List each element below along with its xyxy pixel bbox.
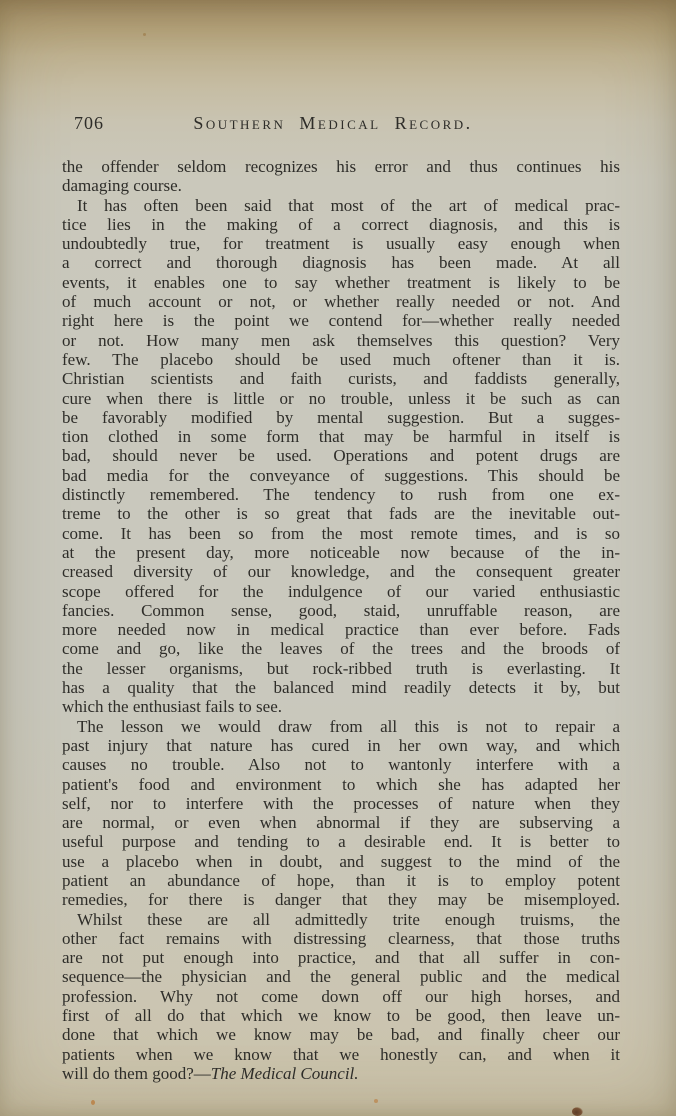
journal-title: Southern Medical Record.: [54, 110, 612, 136]
text-line: are not put enough into practice, and th…: [62, 948, 620, 967]
paragraph: Whilst these are all admittedly trite en…: [62, 910, 620, 1084]
text-line: tion clothed in some form that may be ha…: [62, 427, 620, 446]
text-line: fancies. Common sense, good, staid, unru…: [62, 601, 620, 620]
text-line: distinctly remembered. The tendency to r…: [62, 485, 620, 504]
text-line: bad, should never be used. Operations an…: [62, 446, 620, 465]
text-line: treme to the other is so great that fads…: [62, 504, 620, 523]
paragraph-end-line: which the enthusiast fails to see.: [62, 697, 620, 716]
text-line: sequence—the physician and the general p…: [62, 967, 620, 986]
text-line: Christian scientists and faith curists, …: [62, 369, 620, 388]
text-line: cure when there is little or no trouble,…: [62, 389, 620, 408]
text-line: creased diversity of our knowledge, and …: [62, 562, 620, 581]
text-line: few. The placebo should be used much oft…: [62, 350, 620, 369]
text-line: patient an abundance of hope, than it is…: [62, 871, 620, 890]
text-line: The lesson we would draw from all this i…: [62, 717, 620, 736]
text-line: come and go, like the leaves of the tree…: [62, 639, 620, 658]
paragraph: the offender seldom recognizes his error…: [62, 157, 620, 196]
closing-line: will do them good?—The Medical Council.: [62, 1064, 620, 1083]
scanned-page: 706 Southern Medical Record. the offende…: [0, 0, 676, 1116]
text-line: more needed now in medical practice than…: [62, 620, 620, 639]
text-line: events, it enables one to say whether tr…: [62, 273, 620, 292]
text-line: It has often been said that most of the …: [62, 196, 620, 215]
text-line: come. It has been so from the most remot…: [62, 524, 620, 543]
text-line: undoubtedly true, for treatment is usual…: [62, 234, 620, 253]
text-line: Whilst these are all admittedly trite en…: [62, 910, 620, 929]
text-line: patients when we know that we honestly c…: [62, 1045, 620, 1064]
text-line: at the present day, more noticeable now …: [62, 543, 620, 562]
article-text: the offender seldom recognizes his error…: [62, 157, 620, 1083]
text-line: right here is the point we contend for—w…: [62, 311, 620, 330]
text-line: the offender seldom recognizes his error…: [62, 157, 620, 176]
paper-speck: [143, 33, 146, 36]
text-line: the lesser organisms, but rock-ribbed tr…: [62, 659, 620, 678]
text-line: other fact remains with distressing clea…: [62, 929, 620, 948]
paragraph: It has often been said that most of the …: [62, 196, 620, 717]
paper-speck: [374, 1099, 378, 1103]
text-line: profession. Why not come down off our hi…: [62, 987, 620, 1006]
text-line: done that which we know may be bad, and …: [62, 1025, 620, 1044]
text-line: scope offered for the indulgence of our …: [62, 582, 620, 601]
text-line: are normal, or even when abnormal if the…: [62, 813, 620, 832]
text-line: use a placebo when in doubt, and suggest…: [62, 852, 620, 871]
ink-speck: [572, 1107, 583, 1116]
text-line: remedies, for there is danger that they …: [62, 890, 620, 909]
closing-text: will do them good?—: [62, 1064, 211, 1083]
text-line: patient's food and environment to which …: [62, 775, 620, 794]
text-line: or not. How many men ask themselves this…: [62, 331, 620, 350]
text-line: useful purpose and tending to a desirabl…: [62, 832, 620, 851]
text-line: past injury that nature has cured in her…: [62, 736, 620, 755]
text-line: first of all do that which we know to be…: [62, 1006, 620, 1025]
text-line: of much account or not, or whether reall…: [62, 292, 620, 311]
text-line: be favorably modified by mental suggesti…: [62, 408, 620, 427]
paragraph-end-line: damaging course.: [62, 176, 620, 195]
source-citation: The Medical Council.: [211, 1064, 359, 1083]
text-line: self, nor to interfere with the processe…: [62, 794, 620, 813]
text-line: a correct and thorough diagnosis has bee…: [62, 253, 620, 272]
paragraph: The lesson we would draw from all this i…: [62, 717, 620, 910]
page-header: 706 Southern Medical Record.: [62, 110, 620, 136]
text-line: has a quality that the balanced mind rea…: [62, 678, 620, 697]
text-line: tice lies in the making of a correct dia…: [62, 215, 620, 234]
text-line: bad media for the conveyance of suggesti…: [62, 466, 620, 485]
paper-speck: [91, 1100, 95, 1105]
text-line: causes no trouble. Also not to wantonly …: [62, 755, 620, 774]
